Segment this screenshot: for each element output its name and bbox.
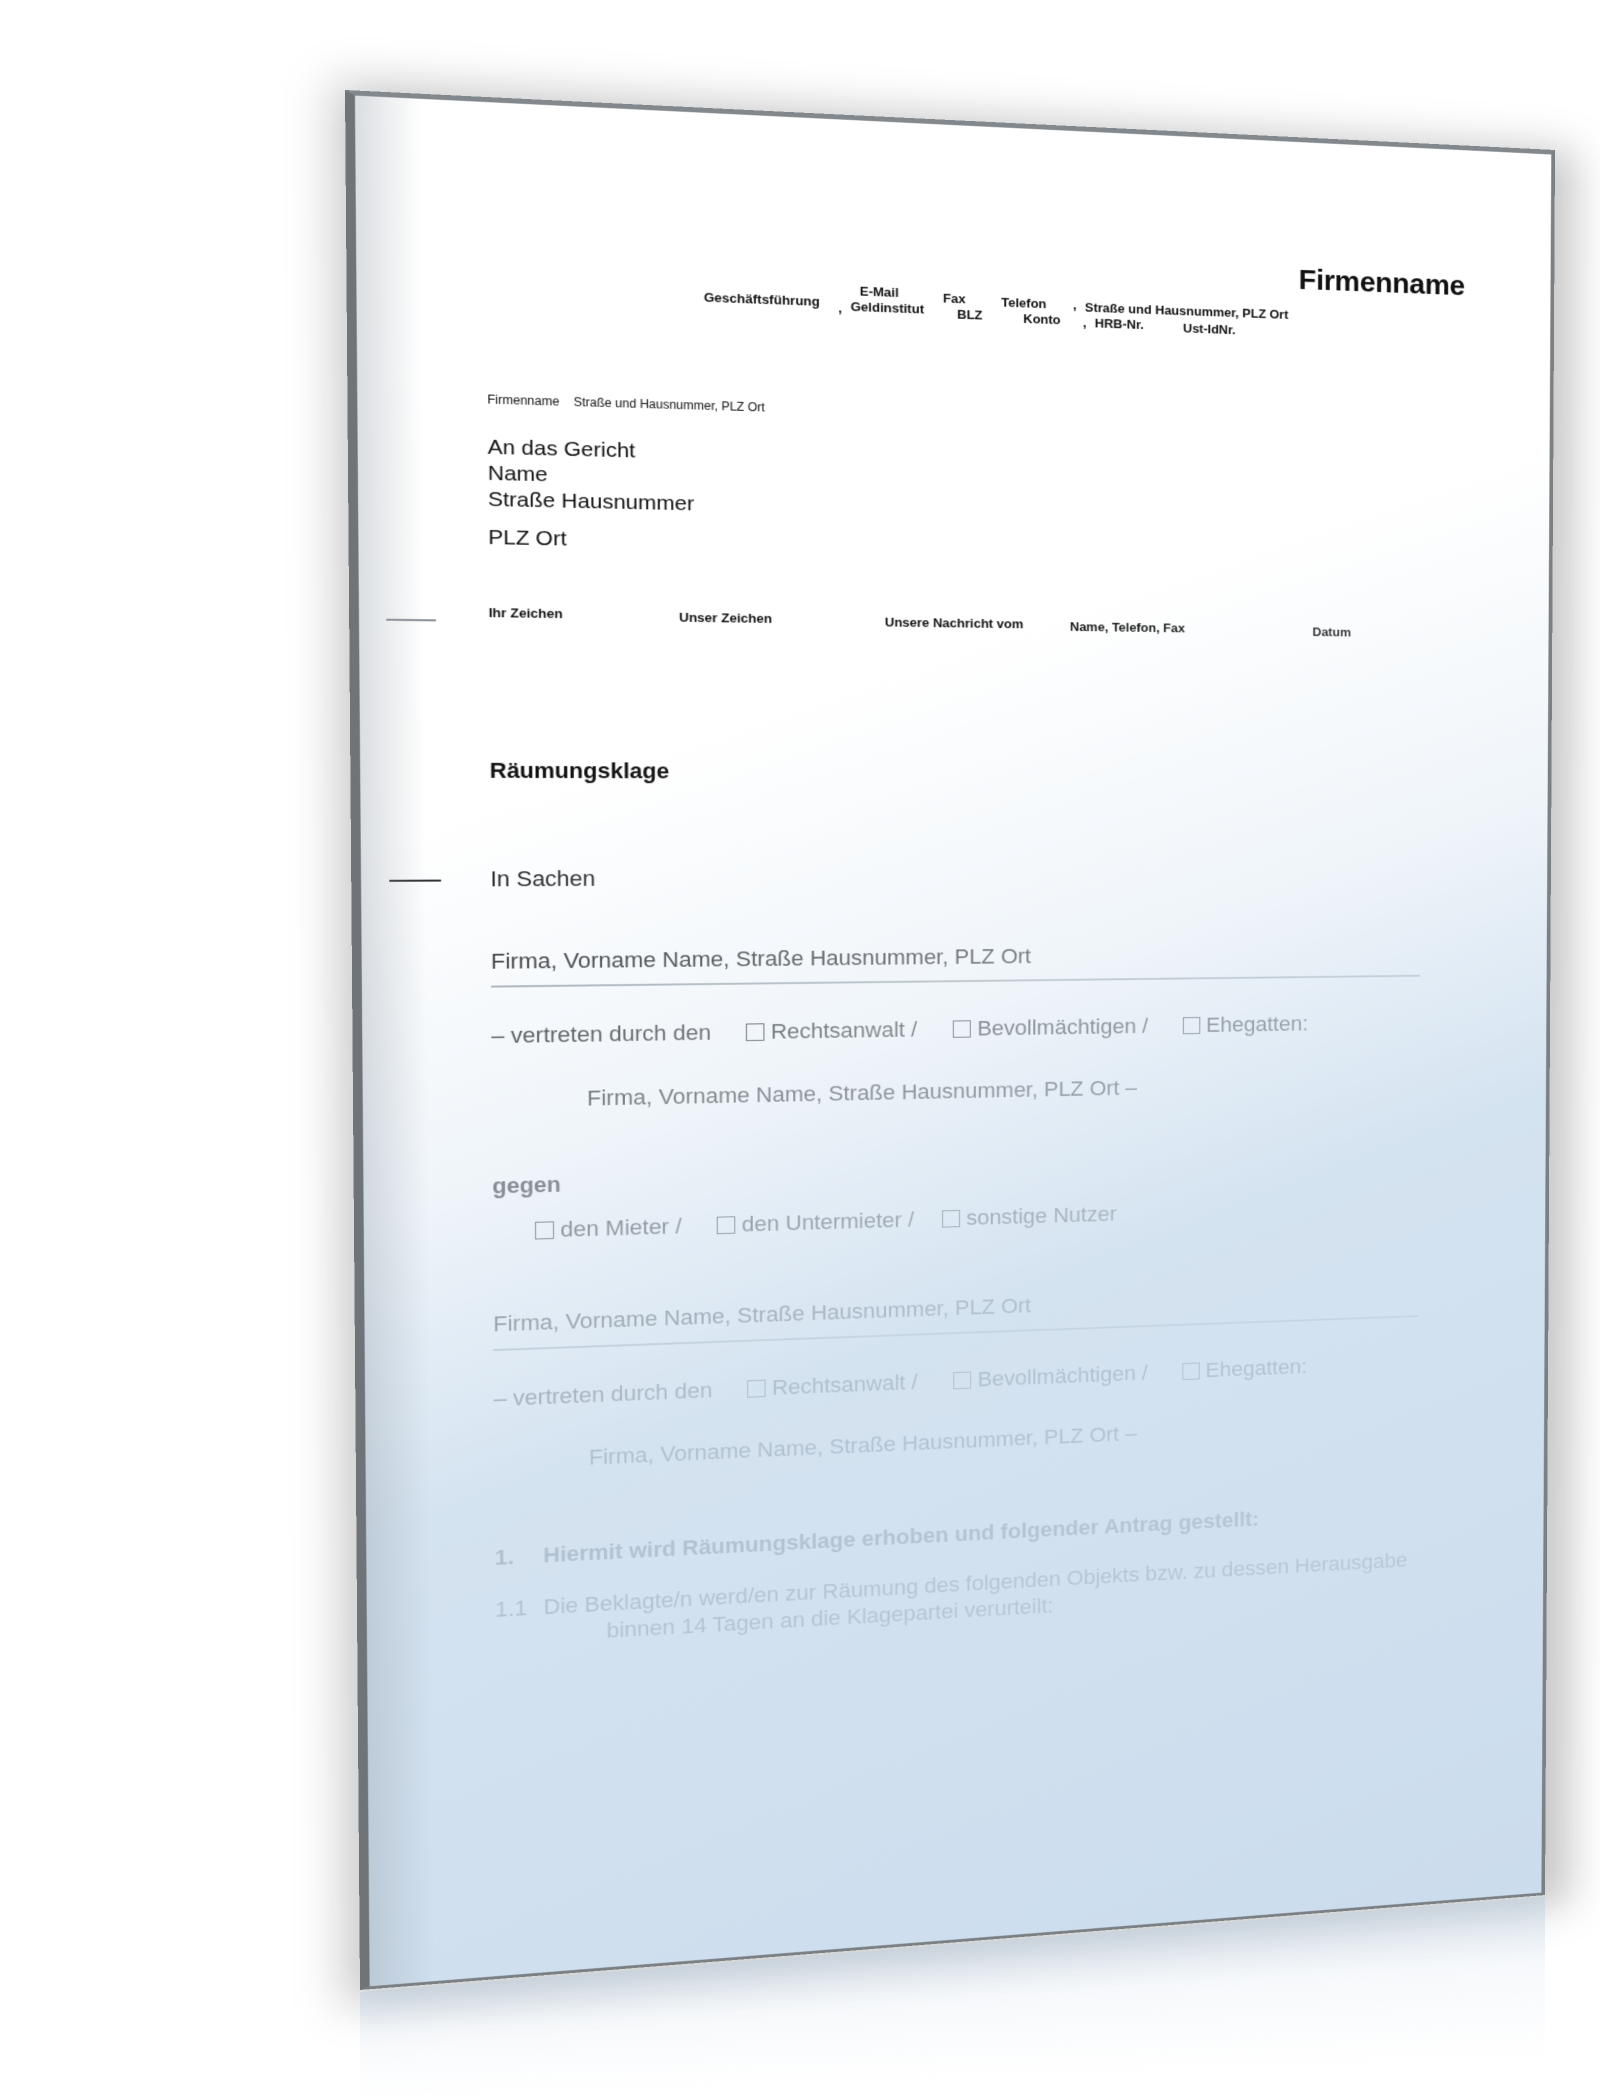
checkbox-authorized[interactable] bbox=[953, 1020, 971, 1038]
checkbox-label: den Mieter / bbox=[560, 1214, 682, 1243]
company-name: Firmenname bbox=[1299, 264, 1465, 303]
document-page: Firmenname E-Mail Fax Telefon , Straße u… bbox=[345, 90, 1555, 1990]
against-label: gegen bbox=[492, 1172, 561, 1199]
plaintiff-representative-field[interactable]: Firma, Vorname Name, Straße Hausnummer, … bbox=[587, 1076, 1137, 1112]
checkbox-label: sonstige Nutzer bbox=[966, 1202, 1117, 1231]
letterhead-phone-label: Telefon bbox=[1001, 295, 1046, 311]
ref-our-message: Unsere Nachricht vom bbox=[885, 615, 1024, 631]
sender-address: Straße und Hausnummer, PLZ Ort bbox=[573, 395, 764, 414]
letterhead-email-label: E-Mail bbox=[860, 284, 899, 300]
letterhead-hrb-label: HRB-Nr. bbox=[1095, 316, 1144, 332]
checkbox-label: Bevollmächtigen / bbox=[977, 1361, 1147, 1392]
letterhead-separator: , bbox=[1073, 298, 1077, 313]
checkbox-label: Ehegatten: bbox=[1206, 1355, 1307, 1383]
ref-your-reference: Ihr Zeichen bbox=[489, 605, 563, 621]
section-number: 1. bbox=[495, 1543, 544, 1571]
checkbox-tenant[interactable] bbox=[535, 1221, 554, 1239]
plaintiff-representation-row: – vertreten durch den Rechtsanwalt / Bev… bbox=[491, 1012, 1308, 1049]
sender-line: Firmenname Straße und Hausnummer, PLZ Or… bbox=[487, 392, 765, 414]
defendant-representative-field[interactable]: Firma, Vorname Name, Straße Hausnummer, … bbox=[589, 1421, 1137, 1470]
ref-date: Datum bbox=[1312, 625, 1351, 640]
letterhead-vat-label: Ust-IdNr. bbox=[1183, 321, 1236, 337]
sender-company: Firmenname bbox=[487, 392, 559, 408]
checkbox-spouse[interactable] bbox=[1183, 1017, 1200, 1034]
in-re-label: In Sachen bbox=[490, 866, 595, 892]
recipient-address: An das Gericht Name Straße Hausnummer PL… bbox=[488, 435, 695, 555]
defendant-option-authorized[interactable]: Bevollmächtigen / bbox=[954, 1361, 1148, 1393]
checkbox-label: den Untermieter / bbox=[742, 1207, 915, 1237]
letterhead-account-label: Konto bbox=[1023, 311, 1060, 327]
fold-mark-middle bbox=[389, 880, 441, 882]
defendant-type-row: den Mieter / den Untermieter / sonstige … bbox=[535, 1202, 1117, 1244]
defendant-represented-by-label: – vertreten durch den bbox=[494, 1378, 713, 1412]
reference-row: Ihr Zeichen Unser Zeichen Unsere Nachric… bbox=[355, 96, 1551, 155]
defendant-option-spouse[interactable]: Ehegatten: bbox=[1182, 1355, 1307, 1384]
checkbox-label: Rechtsanwalt / bbox=[771, 1017, 918, 1044]
plaintiff-option-lawyer[interactable]: Rechtsanwalt / bbox=[746, 1017, 917, 1045]
letterhead-contact-row: E-Mail Fax Telefon , Straße und Hausnumm… bbox=[355, 96, 1551, 155]
letterhead-bank-label: Geldinstitut bbox=[851, 299, 924, 316]
checkbox-label: Ehegatten: bbox=[1206, 1012, 1308, 1038]
fold-mark-top bbox=[386, 619, 436, 622]
checkbox-lawyer[interactable] bbox=[747, 1380, 765, 1398]
checkbox-label: Bevollmächtigen / bbox=[977, 1014, 1148, 1041]
ref-contact: Name, Telefon, Fax bbox=[1070, 619, 1185, 635]
recipient-line-4: PLZ Ort bbox=[488, 525, 694, 555]
defendant-type-subtenant[interactable]: den Untermieter / bbox=[717, 1207, 914, 1238]
checkbox-label: Rechtsanwalt / bbox=[772, 1370, 918, 1401]
checkbox-subtenant[interactable] bbox=[717, 1216, 736, 1234]
defendant-option-lawyer[interactable]: Rechtsanwalt / bbox=[747, 1370, 917, 1402]
plaintiff-represented-by-label: – vertreten durch den bbox=[491, 1020, 711, 1049]
letterhead-bank-row: , Geldinstitut BLZ Konto , HRB-Nr. Ust-I… bbox=[355, 96, 1551, 155]
recipient-line-3: Straße Hausnummer bbox=[488, 487, 694, 517]
letterhead-separator: , bbox=[838, 301, 842, 316]
section-title: Hiermit wird Räumungsklage erhoben und f… bbox=[543, 1507, 1259, 1567]
document-preview: Firmenname E-Mail Fax Telefon , Straße u… bbox=[0, 0, 1600, 2100]
plaintiff-option-authorized[interactable]: Bevollmächtigen / bbox=[953, 1014, 1148, 1042]
letterhead-separator: , bbox=[1083, 315, 1087, 330]
document-subject: Räumungsklage bbox=[490, 758, 670, 784]
letterhead-management-label: Geschäftsführung bbox=[704, 290, 820, 309]
defendant-party-field[interactable]: Firma, Vorname Name, Straße Hausnummer, … bbox=[493, 1293, 1031, 1337]
letterhead-fax-label: Fax bbox=[943, 291, 966, 306]
plaintiff-underline bbox=[491, 975, 1420, 988]
checkbox-authorized[interactable] bbox=[954, 1371, 972, 1389]
defendant-representation-row: – vertreten durch den Rechtsanwalt / Bev… bbox=[494, 1355, 1307, 1412]
defendant-type-tenant[interactable]: den Mieter / bbox=[535, 1214, 682, 1244]
plaintiff-option-spouse[interactable]: Ehegatten: bbox=[1183, 1012, 1308, 1038]
page-content: Firmenname E-Mail Fax Telefon , Straße u… bbox=[355, 96, 1551, 1987]
defendant-type-other-user[interactable]: sonstige Nutzer bbox=[942, 1202, 1117, 1232]
letterhead-blz-label: BLZ bbox=[957, 307, 982, 323]
ref-our-reference: Unser Zeichen bbox=[679, 610, 772, 626]
checkbox-lawyer[interactable] bbox=[746, 1023, 765, 1041]
checkbox-spouse[interactable] bbox=[1182, 1362, 1199, 1380]
item-number: 1.1 bbox=[495, 1594, 544, 1624]
checkbox-other-user[interactable] bbox=[942, 1210, 960, 1228]
plaintiff-party-field[interactable]: Firma, Vorname Name, Straße Hausnummer, … bbox=[491, 944, 1031, 975]
